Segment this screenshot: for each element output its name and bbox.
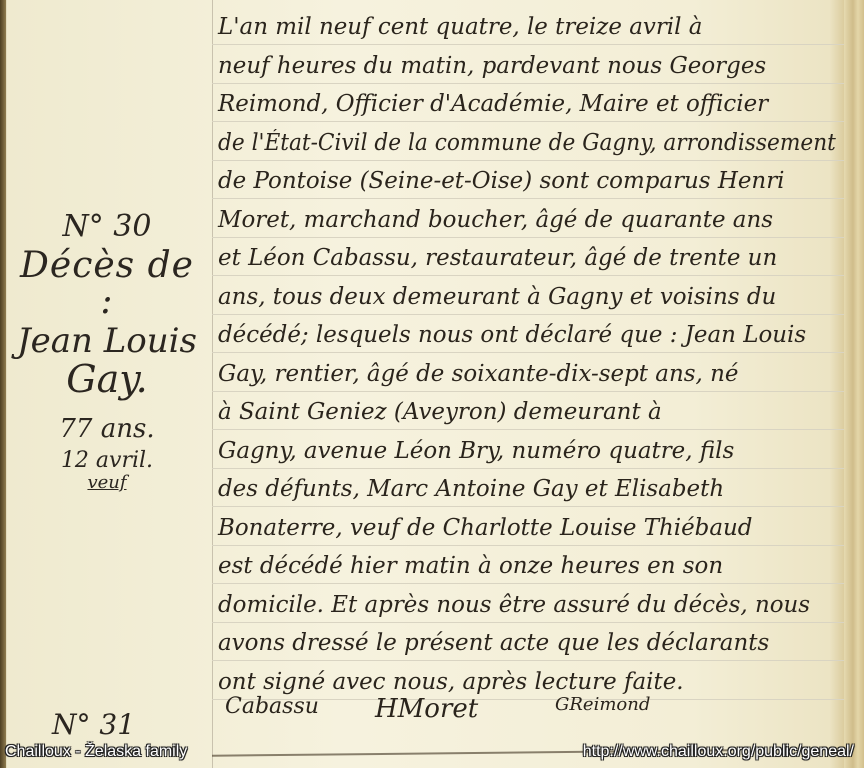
entry-number: N° 30 (12, 212, 202, 242)
body-line: neuf heures du matin, pardevant nous Geo… (218, 47, 836, 86)
body-line: L'an mil neuf cent quatre, le treize avr… (218, 8, 836, 47)
body-line: Bonaterre, veuf de Charlotte Louise Thié… (218, 509, 836, 548)
page-gutter (844, 0, 864, 768)
deceased-given-names: Jean Louis (12, 324, 202, 358)
body-line: et Léon Cabassu, restaurateur, âgé de tr… (218, 239, 836, 278)
body-line: décédé; lesquels nous ont déclaré que : … (218, 316, 836, 355)
signatures: Cabassu HMoret GReimond (225, 694, 825, 734)
next-entry-number: N° 31 (52, 708, 135, 741)
body-line: Gay, rentier, âgé de soixante-dix-sept a… (218, 355, 836, 394)
watermark-family: Chailloux - Želaska family (5, 740, 187, 764)
death-date: 12 avril. (12, 450, 202, 472)
body-line: Moret, marchand boucher, âgé de quarante… (218, 201, 836, 240)
body-line: est décédé hier matin à onze heures en s… (218, 547, 836, 586)
deceased-age: 77 ans. (12, 416, 202, 442)
body-line: Gagny, avenue Léon Bry, numéro quatre, f… (218, 432, 836, 471)
margin-annotation: N° 30 Décès de : Jean Louis Gay. 77 ans.… (12, 200, 202, 492)
body-line: ans, tous deux demeurant à Gagny et vois… (218, 278, 836, 317)
body-line: domicile. Et après nous être assuré du d… (218, 586, 836, 625)
signature-declarant-2: HMoret (375, 694, 478, 724)
binding-edge (0, 0, 6, 768)
marital-status: veuf (12, 474, 202, 492)
signature-declarant-1: Cabassu (225, 694, 319, 719)
signature-mayor: GReimond (555, 694, 650, 715)
register-page: N° 30 Décès de : Jean Louis Gay. 77 ans.… (0, 0, 864, 768)
entry-body: L'an mil neuf cent quatre, le treize avr… (218, 8, 838, 701)
watermark-url[interactable]: http://www.chailloux.org/public/geneal/ (583, 740, 854, 764)
entry-title: Décès de : (12, 248, 202, 320)
body-line: à Saint Geniez (Aveyron) demeurant à (218, 393, 836, 432)
body-line: de Pontoise (Seine-et-Oise) sont comparu… (218, 162, 836, 201)
deceased-surname: Gay. (12, 360, 202, 398)
body-line: Reimond, Officier d'Académie, Maire et o… (218, 85, 836, 124)
body-line: avons dressé le présent acte que les déc… (218, 624, 836, 663)
margin-rule (212, 0, 213, 768)
body-line: de l'État-Civil de la commune de Gagny, … (218, 124, 802, 163)
body-line: des défunts, Marc Antoine Gay et Elisabe… (218, 470, 836, 509)
